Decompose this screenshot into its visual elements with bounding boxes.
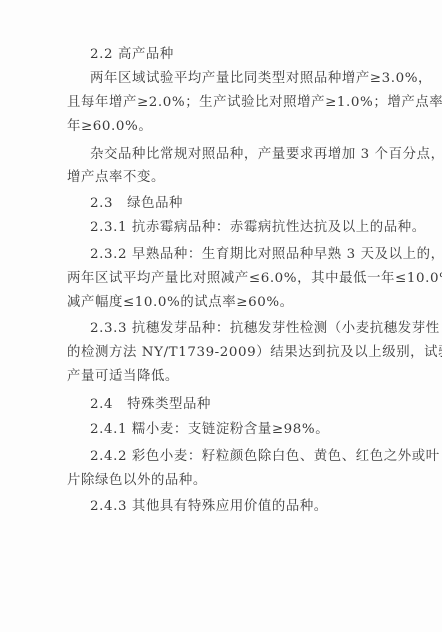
paragraph-line: 两年区试平均产量比对照减产≤6.0%，其中最低一年≤10.0%， bbox=[67, 271, 384, 287]
paragraph-line: 产量可适当降低。 bbox=[67, 369, 179, 385]
paragraph-line: 2.4.3 其他具有特殊应用价值的品种。 bbox=[90, 499, 328, 515]
paragraph-line: 增产点率不变。 bbox=[67, 170, 165, 186]
paragraph-line: 年≥60.0%。 bbox=[67, 119, 152, 135]
paragraph-line: 的检测方法 NY/T1739-2009）结果达到抗及以上级别，试验 bbox=[67, 345, 384, 361]
paragraph-line: 且每年增产≥2.0%；生产试验比对照增产≥1.0%；增产点率每 bbox=[67, 95, 384, 111]
paragraph-line: 片除绿色以外的品种。 bbox=[67, 473, 207, 489]
paragraph-line: 2.3.2 早熟品种：生育期比对照品种早熟 3 天及以上的， bbox=[90, 247, 384, 263]
section-heading-2-2: 2.2 高产品种 bbox=[90, 47, 174, 63]
paragraph-line: 2.3.1 抗赤霉病品种：赤霉病抗性达抗及以上的品种。 bbox=[90, 220, 426, 236]
paragraph-line: 2.3.3 抗穗发芽品种：抗穗发芽性检测（小麦抗穗发芽性 bbox=[90, 321, 384, 337]
section-heading-2-3: 2.3 绿色品种 bbox=[90, 196, 183, 212]
paragraph-line: 减产幅度≤10.0%的试点率≥60%。 bbox=[67, 295, 294, 311]
paragraph-line: 两年区域试验平均产量比同类型对照品种增产≥3.0%， bbox=[90, 71, 384, 87]
section-heading-2-4: 2.4 特殊类型品种 bbox=[90, 397, 211, 413]
paragraph-line: 杂交品种比常规对照品种，产量要求再增加 3 个百分点， bbox=[90, 147, 384, 163]
document-page: 2.2 高产品种 两年区域试验平均产量比同类型对照品种增产≥3.0%， 且每年增… bbox=[0, 0, 442, 632]
paragraph-line: 2.4.1 糯小麦：支链淀粉含量≥98%。 bbox=[90, 422, 329, 438]
paragraph-line: 2.4.2 彩色小麦：籽粒颜色除白色、黄色、红色之外或叶 bbox=[90, 449, 384, 465]
